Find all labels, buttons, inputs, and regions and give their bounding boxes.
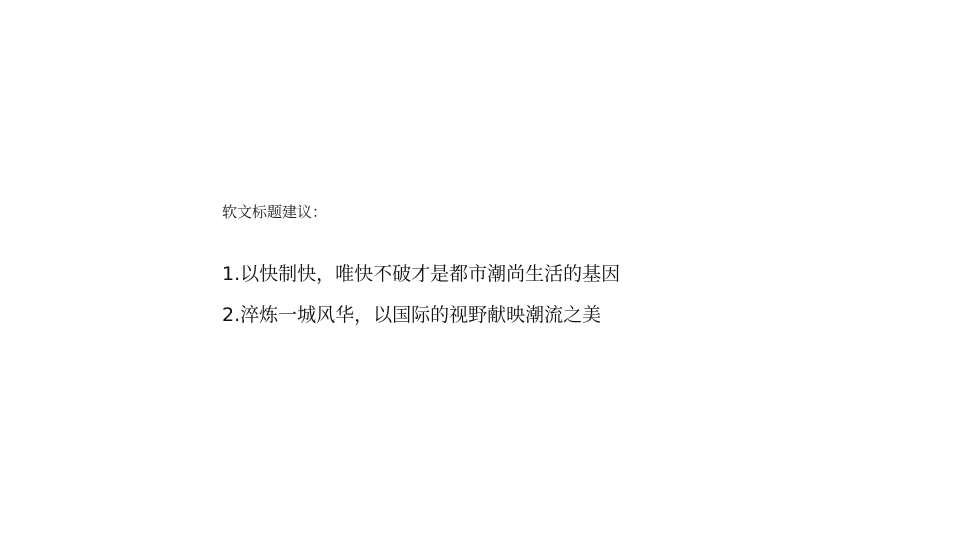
slide-heading: 软文标题建议： bbox=[222, 202, 327, 222]
title-suggestion-1: 1.以快制快，唯快不破才是都市潮尚生活的基因 bbox=[222, 261, 620, 287]
title-suggestion-2: 2.淬炼一城风华，以国际的视野献映潮流之美 bbox=[222, 302, 601, 328]
slide: 软文标题建议： 1.以快制快，唯快不破才是都市潮尚生活的基因 2.淬炼一城风华，… bbox=[0, 0, 960, 540]
